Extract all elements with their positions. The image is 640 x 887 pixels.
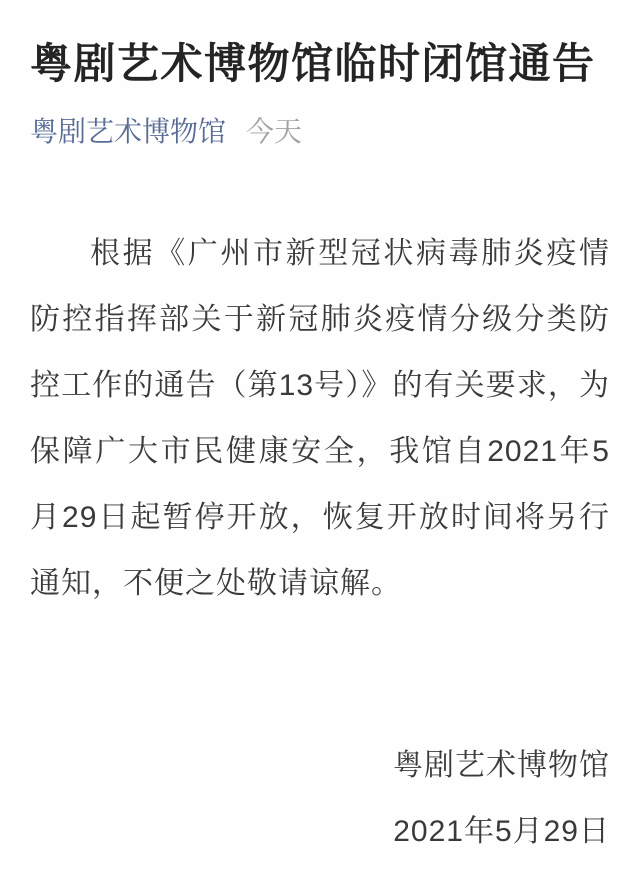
article-page: 粤剧艺术博物馆临时闭馆通告 粤剧艺术博物馆 今天 根据《广州市新型冠状病毒肺炎疫…: [0, 0, 640, 887]
notice-paragraph: 根据《广州市新型冠状病毒肺炎疫情防控指挥部关于新冠肺炎疫情分级分类防控工作的通告…: [30, 221, 610, 617]
signature-name: 粤剧艺术博物馆: [30, 733, 610, 799]
account-name-link[interactable]: 粤剧艺术博物馆: [30, 115, 226, 149]
publish-time: 今天: [246, 115, 302, 149]
article-title: 粤剧艺术博物馆临时闭馆通告: [30, 38, 610, 89]
article-meta: 粤剧艺术博物馆 今天: [30, 115, 610, 149]
notice-body: 根据《广州市新型冠状病毒肺炎疫情防控指挥部关于新冠肺炎疫情分级分类防控工作的通告…: [30, 221, 610, 617]
signature-block: 粤剧艺术博物馆 2021年5月29日: [30, 733, 610, 865]
signature-date: 2021年5月29日: [30, 799, 610, 865]
